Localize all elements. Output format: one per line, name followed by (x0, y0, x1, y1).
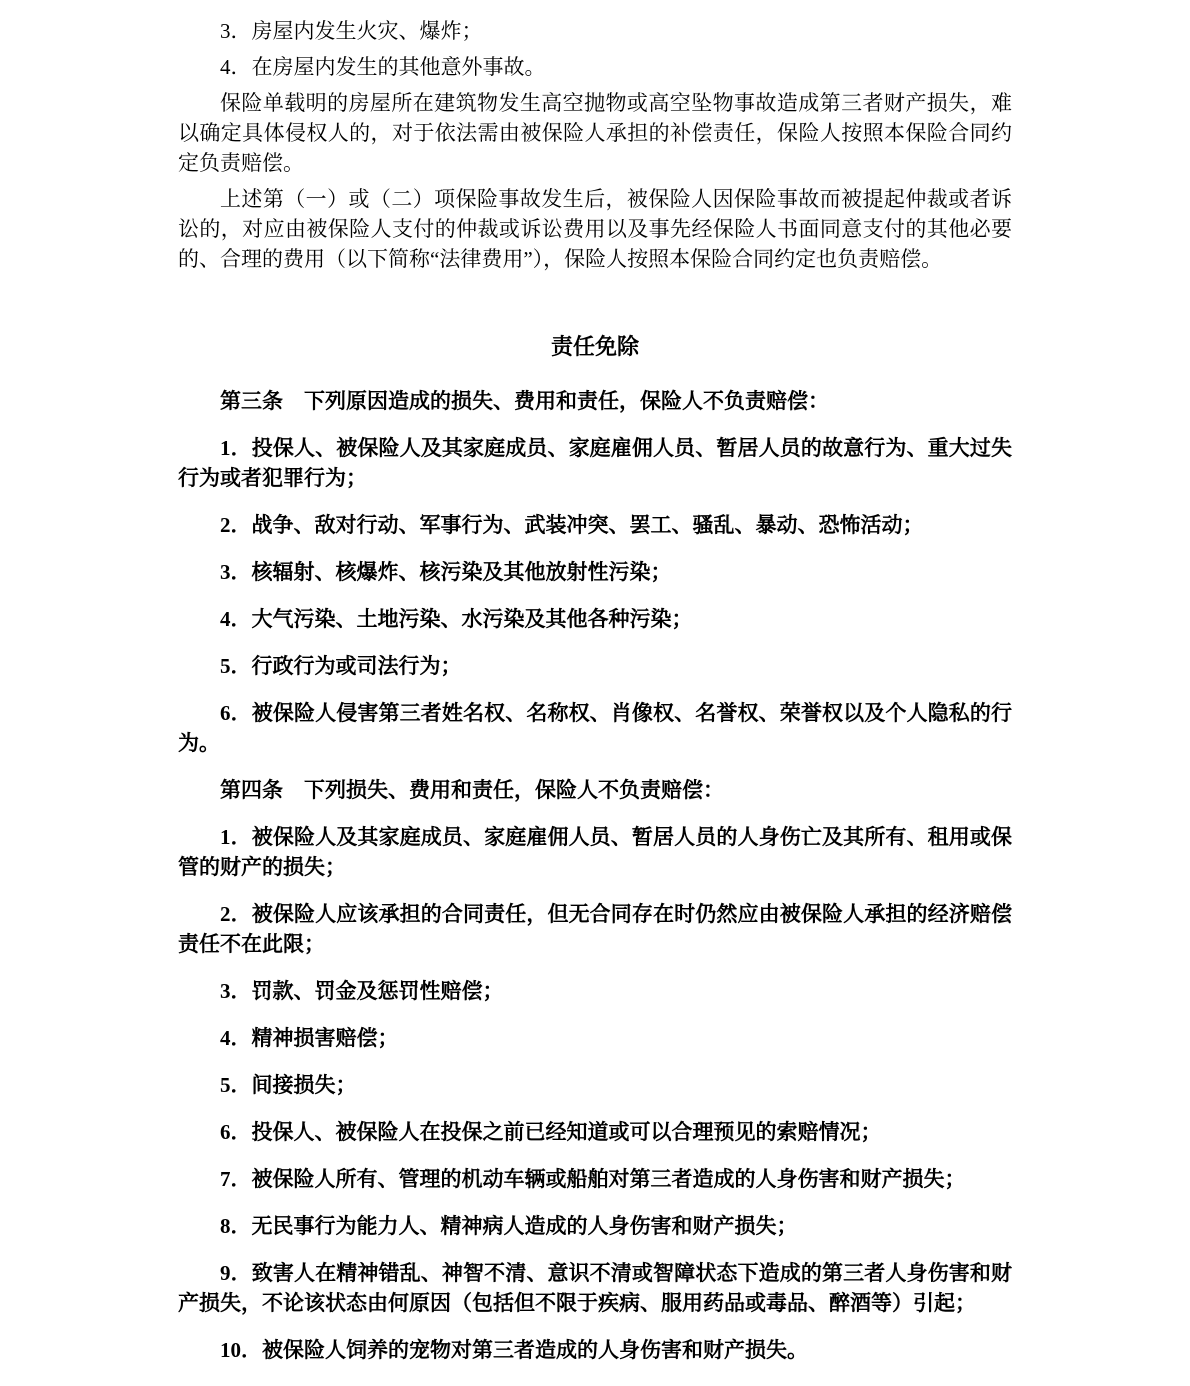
article-4-item-4: 4．精神损害赔偿； (178, 1023, 1012, 1053)
intro-clause-4: 4．在房屋内发生的其他意外事故。 (178, 52, 1012, 82)
article-3-item-3: 3．核辐射、核爆炸、核污染及其他放射性污染； (178, 557, 1012, 587)
article-4-item-3: 3．罚款、罚金及惩罚性赔偿； (178, 976, 1012, 1006)
article-4-item-5: 5．间接损失； (178, 1070, 1012, 1100)
article-4-item-10: 10．被保险人饲养的宠物对第三者造成的人身伤害和财产损失。 (178, 1335, 1012, 1365)
article-4-item-8: 8．无民事行为能力人、精神病人造成的人身伤害和财产损失； (178, 1211, 1012, 1241)
article-3-item-6: 6．被保险人侵害第三者姓名权、名称权、肖像权、名誉权、荣誉权以及个人隐私的行为。 (178, 698, 1012, 758)
article-3-title: 第三条 下列原因造成的损失、费用和责任，保险人不负责赔偿： (178, 386, 1012, 416)
section-heading-exclusions: 责任免除 (178, 332, 1012, 362)
article-4-item-9: 9．致害人在精神错乱、神智不清、意识不清或智障状态下造成的第三者人身伤害和财产损… (178, 1258, 1012, 1318)
intro-paragraph-legal-fees: 上述第（一）或（二）项保险事故发生后，被保险人因保险事故而被提起仲裁或者诉讼的，… (178, 184, 1012, 274)
article-3-item-4: 4．大气污染、土地污染、水污染及其他各种污染； (178, 604, 1012, 634)
intro-clause-3: 3．房屋内发生火灾、爆炸； (178, 16, 1012, 46)
article-4-item-6: 6．投保人、被保险人在投保之前已经知道或可以合理预见的索赔情况； (178, 1117, 1012, 1147)
article-4-item-1: 1．被保险人及其家庭成员、家庭雇佣人员、暂居人员的人身伤亡及其所有、租用或保管的… (178, 822, 1012, 882)
article-3-item-5: 5．行政行为或司法行为； (178, 651, 1012, 681)
article-4-item-7: 7．被保险人所有、管理的机动车辆或船舶对第三者造成的人身伤害和财产损失； (178, 1164, 1012, 1194)
article-3-item-2: 2．战争、敌对行动、军事行为、武装冲突、罢工、骚乱、暴动、恐怖活动； (178, 510, 1012, 540)
intro-paragraph-liability: 保险单载明的房屋所在建筑物发生高空抛物或高空坠物事故造成第三者财产损失，难以确定… (178, 88, 1012, 178)
article-4-item-2: 2．被保险人应该承担的合同责任，但无合同存在时仍然应由被保险人承担的经济赔偿责任… (178, 899, 1012, 959)
document-page: 3．房屋内发生火灾、爆炸； 4．在房屋内发生的其他意外事故。 保险单载明的房屋所… (0, 0, 1190, 1386)
article-4-title: 第四条 下列损失、费用和责任，保险人不负责赔偿： (178, 775, 1012, 805)
article-3-item-1: 1．投保人、被保险人及其家庭成员、家庭雇佣人员、暂居人员的故意行为、重大过失行为… (178, 433, 1012, 493)
